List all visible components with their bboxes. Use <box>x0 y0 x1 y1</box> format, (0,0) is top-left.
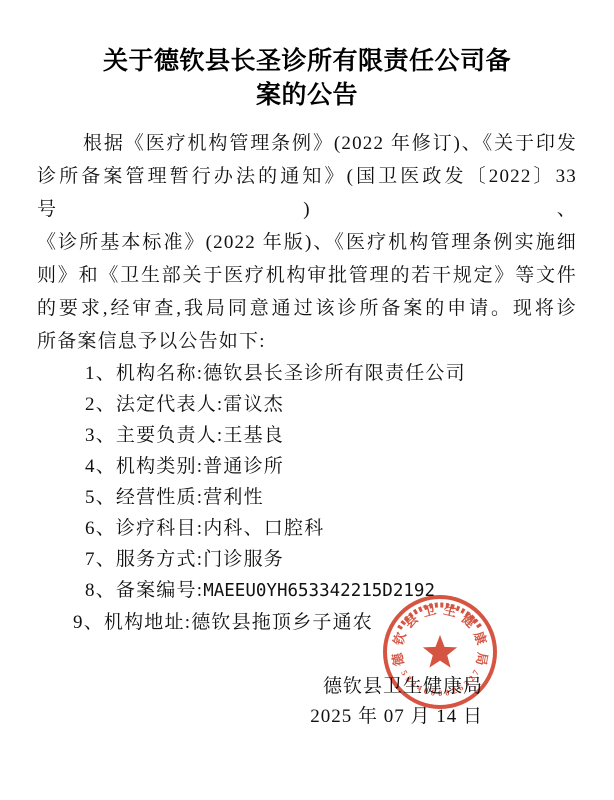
announcement-page: 关于德钦县长圣诊所有限责任公司备 案的公告 根据《医疗机构管理条例》(2022 … <box>0 0 614 800</box>
item-label: 机构地址: <box>104 612 191 633</box>
body-line: 根据《医疗机构管理条例》(2022 年修订)、《关于印发 <box>37 127 577 160</box>
body-line: 《诊所基本标准》(2022 年版)、《医疗机构管理条例实施细 <box>37 226 577 259</box>
item-label: 法定代表人: <box>116 394 223 415</box>
item-value: 王基良 <box>223 425 284 446</box>
item-value: 普通诊所 <box>203 456 284 477</box>
item-number: 5、 <box>85 487 116 508</box>
item-number: 1、 <box>85 363 116 384</box>
item-number: 3、 <box>85 425 116 446</box>
list-item-org-type: 4、机构类别:普通诊所 <box>37 451 577 482</box>
item-value: 德钦县长圣诊所有限责任公司 <box>203 363 466 384</box>
list-item-org-name: 1、机构名称:德钦县长圣诊所有限责任公司 <box>37 358 577 389</box>
item-number: 6、 <box>85 518 116 539</box>
list-item-medical-subjects: 6、诊疗科目:内科、口腔科 <box>37 513 577 544</box>
signing-date: 2025 年 07 月 14 日 <box>37 702 483 732</box>
item-label: 服务方式: <box>116 549 203 570</box>
item-number: 8、 <box>85 580 116 601</box>
item-number: 9、 <box>73 612 104 633</box>
item-label: 机构名称: <box>116 363 203 384</box>
list-item-main-person: 3、主要负责人:王基良 <box>37 420 577 451</box>
item-label: 诊疗科目: <box>116 518 203 539</box>
item-number: 7、 <box>85 549 116 570</box>
title-line-2: 案的公告 <box>37 79 577 113</box>
list-item-business-nature: 5、经营性质:营利性 <box>37 482 577 513</box>
item-label: 主要负责人: <box>116 425 223 446</box>
page-title: 关于德钦县长圣诊所有限责任公司备 案的公告 <box>37 45 577 113</box>
signature-block: 德钦县卫生健康局 2025 年 07 月 14 日 <box>37 672 577 732</box>
seal-star-icon <box>423 635 457 668</box>
item-number: 2、 <box>85 394 116 415</box>
signing-agency: 德钦县卫生健康局 <box>37 672 483 702</box>
item-label: 机构类别: <box>116 456 203 477</box>
item-value: 德钦县拖顶乡子通农 <box>191 612 373 633</box>
announcement-body: 根据《医疗机构管理条例》(2022 年修订)、《关于印发 诊所备案管理暂行办法的… <box>37 127 577 358</box>
body-line: 诊所备案管理暂行办法的通知》(国卫医政发〔2022〕33 号)、 <box>37 160 577 226</box>
item-value: 营利性 <box>203 487 264 508</box>
body-line: 则》和《卫生部关于医疗机构审批管理的若干规定》等文件 <box>37 259 577 292</box>
title-line-1: 关于德钦县长圣诊所有限责任公司备 <box>37 45 577 79</box>
item-value: 内科、口腔科 <box>203 518 324 539</box>
list-item-legal-rep: 2、法定代表人:雷议杰 <box>37 389 577 420</box>
list-item-service-mode: 7、服务方式:门诊服务 <box>37 544 577 575</box>
body-line: 的要求,经审查,我局同意通过该诊所备案的申请。现将诊 <box>37 292 577 325</box>
item-value: 门诊服务 <box>203 549 284 570</box>
item-value: 雷议杰 <box>223 394 284 415</box>
item-value: MAEEU0YH653342215D2192 <box>203 581 435 601</box>
list-item-record-number: 8、备案编号:MAEEU0YH653342215D2192 <box>37 575 577 607</box>
list-item-org-address: 9、机构地址:德钦县拖顶乡子通农 <box>37 607 577 638</box>
item-label: 经营性质: <box>116 487 203 508</box>
item-label: 备案编号: <box>116 580 203 601</box>
registration-info-list: 1、机构名称:德钦县长圣诊所有限责任公司 2、法定代表人:雷议杰 3、主要负责人… <box>37 358 577 638</box>
item-number: 4、 <box>85 456 116 477</box>
body-line: 所备案信息予以公告如下: <box>37 325 577 358</box>
